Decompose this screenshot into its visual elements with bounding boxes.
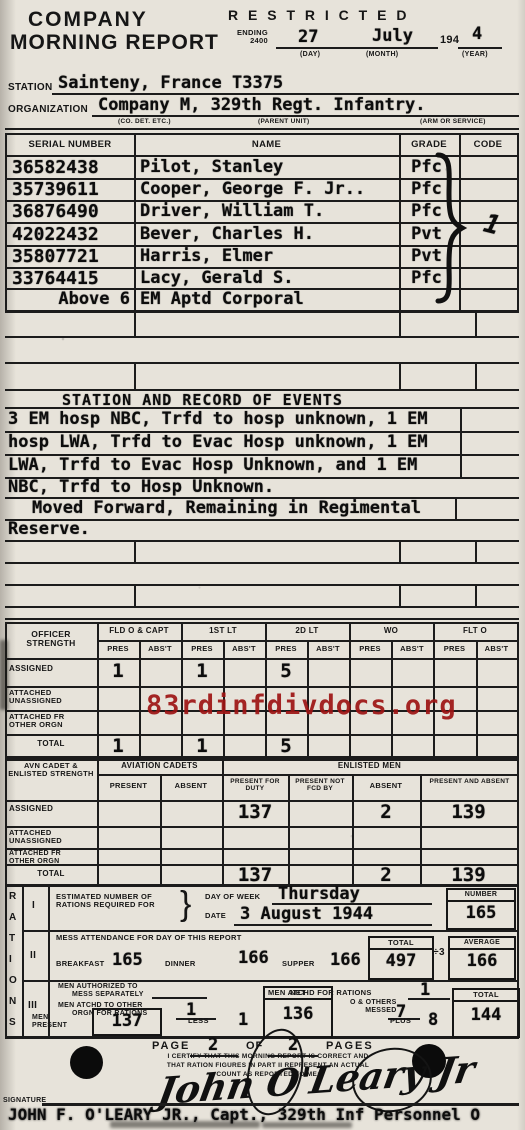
officer-col-b (181, 622, 183, 756)
officer-row-assigned-label: ASSIGNED (9, 665, 53, 674)
officer-topline-2 (5, 622, 519, 624)
soldier-name: Harris, Elmer (140, 248, 273, 265)
officer-col-c (265, 622, 267, 756)
date-label: DATE (205, 912, 226, 920)
officer-group-fld: FLD O & CAPT (97, 627, 181, 636)
date-underline (276, 47, 438, 49)
serial-number: 35739611 (12, 181, 99, 199)
edge-smudge (0, 640, 8, 710)
men-present-line2: PRESENT (32, 1022, 67, 1029)
avn-col-present: PRESENT (97, 782, 160, 790)
officer-assigned-2lt-pres: 5 (265, 662, 307, 681)
organization-underline (92, 115, 519, 117)
officer-rowline-3 (5, 734, 519, 736)
men-present-label: MEN PRESENT (32, 1014, 67, 1029)
auth-mess-blank (152, 997, 207, 999)
mess-total-label: TOTAL (370, 938, 432, 950)
events-blank-divider-2 (399, 540, 401, 562)
rations-side-letter: O (9, 975, 17, 986)
roster-header-name: NAME (134, 140, 399, 150)
officer-group-flt: FLT O (433, 627, 517, 636)
dinner-label: DINNER (165, 960, 196, 968)
men-present-value: 137 (94, 1010, 160, 1030)
mess-total-value: 497 (370, 950, 432, 970)
date-value: 3 August 1944 (240, 906, 373, 923)
blank-divider-3 (475, 313, 477, 336)
form-title-line2: MORNING REPORT (10, 31, 219, 54)
abst-header: ABS'T (307, 645, 349, 653)
officer-right-edge (517, 622, 519, 756)
abst-header: ABS'T (223, 645, 265, 653)
morning-report-scan: COMPANY MORNING REPORT R E S T R I C T E… (0, 0, 525, 1130)
net-box-value: 136 (265, 1000, 331, 1023)
footer-smudge-1 (110, 1121, 260, 1128)
avn-assigned-pa: 139 (420, 803, 517, 822)
avn-col-head (97, 758, 99, 884)
avn-total-absent: 2 (352, 866, 420, 885)
date-underline2 (234, 924, 432, 926)
auth-mess-line2: MESS SEPARATELY (72, 991, 144, 998)
rations-side-letter: R (9, 891, 17, 902)
events-blankline-2 (5, 584, 519, 586)
officer-group-2lt: 2D LT (265, 627, 349, 636)
archive-watermark: 83rdinfdivdocs.org (146, 690, 457, 721)
mess-average-box: AVERAGE 166 (448, 936, 516, 980)
day-of-week-label: DAY OF WEEK (205, 893, 260, 901)
events-divider-1 (460, 408, 462, 477)
year-underline (458, 47, 502, 49)
officer-col-a (97, 622, 99, 756)
serial-number: 36876490 (12, 203, 99, 221)
roster-summary-right: EM Aptd Corporal (140, 291, 304, 308)
auth-mess-line1: MEN AUTHORIZED TO (58, 983, 138, 990)
men-present-line1: MEN (32, 1014, 48, 1021)
men-present-box: 137 (92, 1008, 162, 1036)
avn-total-pa: 139 (420, 866, 517, 885)
rations-row2-numeral: II (30, 950, 36, 961)
pres-header: PRES (97, 645, 139, 653)
station-value: Sainteny, France T3375 (58, 75, 283, 92)
officer-topline-1 (5, 618, 519, 620)
serial-number: 36582438 (12, 159, 99, 177)
number-box-label: NUMBER (448, 890, 514, 902)
roster-summary-left: Above 6 (40, 291, 130, 308)
avn-group-em: ENLISTED MEN (222, 762, 517, 771)
mess-attendance-label: MESS ATTENDANCE FOR DAY OF THIS REPORT (56, 934, 242, 942)
events-blank-divider-4 (134, 584, 136, 606)
roster-bottomline (5, 310, 519, 313)
ending-year-value: 4 (472, 26, 482, 43)
events-blank-divider-3 (475, 540, 477, 562)
blank-divider-4 (134, 362, 136, 389)
rations-total-box: TOTAL 144 (452, 988, 520, 1038)
pres-header: PRES (181, 645, 223, 653)
rations-estimated-line2: RATIONS REQUIRED FOR (56, 900, 155, 909)
officer-assigned-fld-pres: 1 (97, 662, 139, 681)
blank-divider-1 (134, 313, 136, 336)
atchd-for-underline (408, 998, 450, 1000)
rations-side-letter: S (9, 1017, 16, 1028)
pages-label: PAGES (326, 1040, 374, 1052)
rations-side-letter: I (9, 954, 12, 965)
year-prefix: 194 (440, 34, 459, 46)
avn-group-cadets: AVIATION CADETS (97, 762, 222, 771)
officer-strength-header: OFFICER STRENGTH (5, 630, 97, 649)
page-label: PAGE (152, 1040, 190, 1052)
avn-col-pfd: PRESENT FOR DUTY (224, 778, 286, 792)
abst-header: ABS'T (476, 645, 517, 653)
others-messed-line2: MESSED (365, 1007, 396, 1014)
roster-header-grade: GRADE (399, 140, 459, 150)
org-sublabel-unit: (CO. DET. ETC.) (118, 118, 171, 125)
breakfast-value: 165 (112, 952, 143, 969)
auth-mess-label: MEN AUTHORIZED TO MESS SEPARATELY (58, 983, 144, 998)
plus-value: 8 (428, 1012, 438, 1029)
officer-col-d (349, 622, 351, 756)
avn-row-total-label: TOTAL (5, 870, 97, 879)
events-blank-divider-1 (134, 540, 136, 562)
events-rowline-6 (5, 540, 519, 542)
soldier-name: Bever, Charles H. (140, 226, 314, 243)
rations-total-value: 144 (454, 1002, 518, 1024)
day-sublabel: (DAY) (300, 51, 320, 59)
blank-divider-5 (399, 362, 401, 389)
punch-hole-left (70, 1046, 103, 1079)
rations-row3-numeral: III (28, 1000, 37, 1011)
officer-col-e (433, 622, 435, 756)
dinner-value: 166 (238, 950, 269, 967)
officer-rowline-1 (5, 686, 519, 688)
serial-number: 35807721 (12, 248, 99, 266)
avn-row-attunassigned-label: ATTACHED UNASSIGNED (9, 829, 89, 846)
rations-left-edge (5, 887, 7, 1036)
officer-group-1lt: 1ST LT (181, 627, 265, 636)
blank-rowline-2 (5, 362, 519, 364)
avn-row-assigned-label: ASSIGNED (9, 805, 53, 814)
officer-header-line2: STRENGTH (26, 638, 75, 648)
signature-label: SIGNATURE (3, 1097, 46, 1105)
events-divider-2 (455, 497, 457, 519)
rations-side-letter: N (9, 996, 17, 1007)
soldier-name: Driver, William T. (140, 203, 324, 220)
ending-label: ENDING 2400 (237, 29, 268, 46)
avn-total-pfd: 137 (222, 866, 288, 885)
pres-header: PRES (349, 645, 391, 653)
officer-sub-a (139, 640, 141, 756)
soldier-name: Pilot, Stanley (140, 159, 283, 176)
avn-strength-header: AVN CADET & ENLISTED STRENGTH (7, 762, 95, 779)
events-blankline-3 (5, 606, 519, 608)
page-value: 2 (208, 1037, 218, 1054)
officer-total-fld-pres: 1 (97, 737, 139, 756)
form-title-line1: COMPANY (28, 8, 148, 31)
others-messed-line1: O & OTHERS (350, 999, 397, 1006)
others-messed-label: O & OTHERS MESSED (350, 999, 397, 1014)
breakfast-label: BREAKFAST (56, 960, 105, 968)
events-line: 3 EM hosp NBC, Trfd to hosp unknown, 1 E… (8, 411, 428, 428)
avn-topline (5, 758, 519, 761)
events-line: NBC, Trfd to Hosp Unknown. (8, 479, 274, 496)
rations-side-letter: A (9, 912, 17, 923)
officer-row-total-label: TOTAL (5, 740, 97, 749)
soldier-name: Cooper, George F. Jr.. (140, 181, 365, 198)
organization-value: Company M, 329th Regt. Infantry. (98, 97, 426, 114)
roster-header-code: CODE (459, 140, 517, 150)
pres-header: PRES (265, 645, 307, 653)
rations-brace: } (180, 886, 192, 923)
rations-total-label: TOTAL (454, 990, 518, 1002)
ending-month-value: July (372, 28, 413, 45)
soldier-name: Lacy, Gerald S. (140, 270, 294, 287)
events-line: LWA, Trfd to Evac Hosp Unknown, and 1 EM (8, 457, 417, 474)
grade-brace (430, 152, 474, 304)
organization-label: ORGANIZATION (8, 104, 88, 115)
officer-group-wo: WO (349, 627, 433, 636)
officer-row-attother-label: ATTACHED FR OTHER ORGN (9, 713, 89, 730)
events-blank-divider-6 (475, 584, 477, 606)
month-sublabel: (MONTH) (366, 51, 398, 59)
org-sublabel-arm: (ARM OR SERVICE) (420, 118, 486, 125)
rations-side-divider (22, 887, 24, 1036)
number-box-value: 165 (448, 902, 514, 922)
abst-header: ABS'T (139, 645, 181, 653)
events-line: Moved Forward, Remaining in Regimental (32, 500, 421, 517)
avn-assigned-pfd: 137 (222, 803, 288, 822)
officer-assigned-1lt-pres: 1 (181, 662, 223, 681)
roster-topline-2 (5, 133, 519, 135)
events-blankline-1 (5, 562, 519, 564)
ending-label-line2: 2400 (250, 36, 268, 45)
avn-row-attother-label: ATTACHED FR OTHER ORGN (9, 850, 89, 865)
officer-sub-e (476, 640, 478, 756)
atchd-for-rations-value: 1 (420, 982, 430, 999)
avn-col-pnfd: PRESENT NOT FCD BY (290, 778, 350, 792)
rations-row1-numeral: I (32, 900, 35, 911)
avn-right-edge (517, 758, 519, 884)
pres-header: PRES (433, 645, 476, 653)
serial-number: 42022432 (12, 226, 99, 244)
divide-by-three: ÷3 (433, 948, 445, 958)
events-title: STATION AND RECORD OF EVENTS (62, 393, 343, 408)
avn-col-pa: PRESENT AND ABSENT (422, 778, 517, 785)
code-mark: 1 (481, 210, 502, 239)
mess-average-label: AVERAGE (450, 938, 514, 950)
events-line: hosp LWA, Trfd to Evac Hosp unknown, 1 E… (8, 434, 428, 451)
year-sublabel: (YEAR) (462, 51, 488, 59)
mess-average-value: 166 (450, 950, 514, 970)
officer-total-1lt-pres: 1 (181, 737, 223, 756)
officer-row-attunassigned-label: ATTACHED UNASSIGNED (9, 689, 89, 706)
rations-rowline-2 (22, 980, 519, 982)
avn-col-absent-cadet: ABSENT (160, 782, 222, 790)
ending-day-value: 27 (298, 29, 318, 46)
supper-value: 166 (330, 952, 361, 969)
day-of-week-value: Thursday (278, 886, 360, 903)
rations-rowline-1 (22, 930, 519, 932)
blank-rowline-1 (5, 336, 519, 338)
plus-label: PLUS (390, 1017, 411, 1025)
blank-divider-2 (399, 313, 401, 336)
org-sublabel-parent: (PARENT UNIT) (258, 118, 309, 125)
avn-col-absent-em: ABSENT (352, 782, 420, 790)
officer-headbottom (5, 658, 519, 660)
less-value: 1 (238, 1012, 248, 1029)
rations-side-letter: T (9, 933, 15, 944)
less-label: LESS (188, 1017, 209, 1025)
serial-number: 33764415 (12, 270, 99, 288)
classification-banner: R E S T R I C T E D (228, 8, 409, 23)
blank-divider-6 (475, 362, 477, 389)
roster-topline-1 (5, 128, 519, 130)
number-box: NUMBER 165 (446, 888, 516, 930)
roster-header-serial: SERIAL NUMBER (5, 140, 135, 150)
station-label: STATION (8, 82, 53, 93)
avn-assigned-absent: 2 (352, 803, 420, 822)
mess-total-box: TOTAL 497 (368, 936, 434, 980)
net-box-label: NET (265, 988, 331, 1000)
events-line: Reserve. (8, 521, 90, 538)
rations-estimated-label: ESTIMATED NUMBER OF RATIONS REQUIRED FOR (56, 893, 155, 910)
footer-smudge-2 (262, 1122, 352, 1128)
supper-label: SUPPER (282, 960, 315, 968)
officer-total-2lt-pres: 5 (265, 737, 307, 756)
avn-col-cadet-split (160, 774, 162, 884)
abst-header: ABS'T (391, 645, 433, 653)
avn-rowline-1 (5, 826, 519, 828)
events-blank-divider-5 (399, 584, 401, 606)
